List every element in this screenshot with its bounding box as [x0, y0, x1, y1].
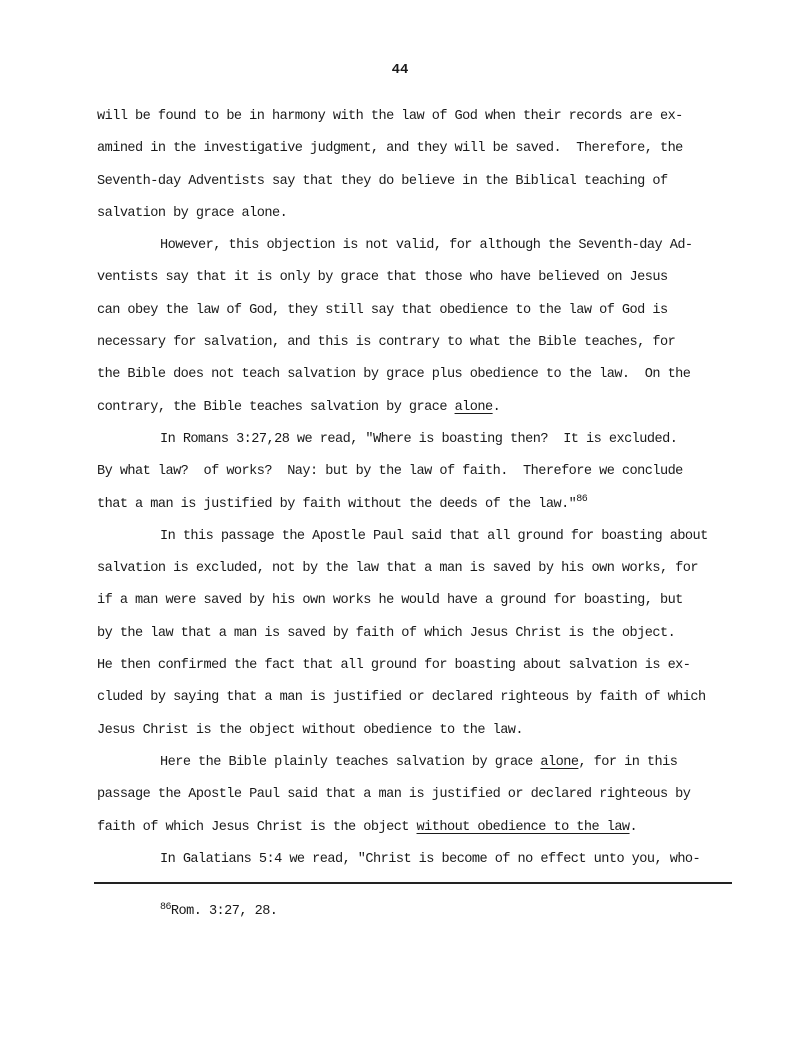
text-segment: , for in this — [578, 755, 677, 770]
text-line: amined in the investigative judgment, an… — [97, 133, 757, 165]
footnote-text: Rom. 3:27, 28. — [171, 904, 278, 919]
underlined-emphasis: alone — [455, 400, 493, 415]
footnote-number: 86 — [160, 902, 171, 913]
text-line: faith of which Jesus Christ is the objec… — [97, 812, 757, 844]
text-line: Jesus Christ is the object without obedi… — [97, 715, 757, 747]
text-line: By what law? of works? Nay: but by the l… — [97, 456, 757, 488]
text-line: In this passage the Apostle Paul said th… — [97, 521, 757, 553]
text-line: In Galatians 5:4 we read, "Christ is bec… — [97, 844, 757, 876]
text-line: by the law that a man is saved by faith … — [97, 618, 757, 650]
text-line: salvation is excluded, not by the law th… — [97, 553, 757, 585]
text-line: will be found to be in harmony with the … — [97, 101, 757, 133]
text-line: the Bible does not teach salvation by gr… — [97, 359, 757, 391]
underlined-emphasis: without obedience to the law — [417, 820, 630, 835]
text-line: necessary for salvation, and this is con… — [97, 327, 757, 359]
text-segment: . — [493, 400, 501, 415]
text-line: salvation by grace alone. — [97, 198, 757, 230]
text-line: that a man is justified by faith without… — [97, 489, 757, 521]
underlined-emphasis: alone — [540, 755, 578, 770]
text-segment: contrary, the Bible teaches salvation by… — [97, 400, 455, 415]
text-line: He then confirmed the fact that all grou… — [97, 650, 757, 682]
text-line: if a man were saved by his own works he … — [97, 585, 757, 617]
text-line: In Romans 3:27,28 we read, "Where is boa… — [97, 424, 757, 456]
text-line: Seventh-day Adventists say that they do … — [97, 166, 757, 198]
footnote-reference[interactable]: 86 — [576, 494, 587, 505]
text-line: However, this objection is not valid, fo… — [97, 230, 757, 262]
page-number: 44 — [0, 62, 800, 78]
text-line: can obey the law of God, they still say … — [97, 295, 757, 327]
footnote-separator — [94, 882, 732, 884]
text-line: Here the Bible plainly teaches salvation… — [97, 747, 757, 779]
text-line: ventists say that it is only by grace th… — [97, 262, 757, 294]
text-line: passage the Apostle Paul said that a man… — [97, 779, 757, 811]
text-line: cluded by saying that a man is justified… — [97, 682, 757, 714]
text-segment: faith of which Jesus Christ is the objec… — [97, 820, 417, 835]
text-line: contrary, the Bible teaches salvation by… — [97, 392, 757, 424]
body-text: will be found to be in harmony with the … — [97, 101, 757, 876]
text-segment: . — [630, 820, 638, 835]
footnote: 86Rom. 3:27, 28. — [160, 900, 277, 924]
text-segment: Here the Bible plainly teaches salvation… — [160, 755, 540, 770]
text-segment: that a man is justified by faith without… — [97, 497, 576, 512]
